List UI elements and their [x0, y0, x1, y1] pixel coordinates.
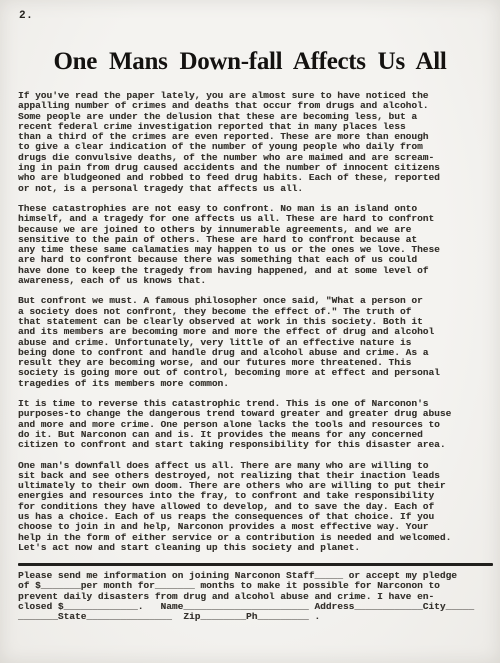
pledge-form-text: Please send me information on joining Na…	[18, 571, 494, 622]
paragraph-4: It is time to reverse this catastrophic …	[18, 399, 494, 450]
divider-line	[18, 563, 493, 566]
document-page: 2. One Mans Down-fall Affects Us All If …	[0, 0, 500, 663]
document-title: One Mans Down-fall Affects Us All	[0, 48, 500, 76]
paragraph-3: But confront we must. A famous philosoph…	[18, 296, 494, 389]
page-number: 2.	[19, 10, 33, 22]
document-body: If you've read the paper lately, you are…	[18, 91, 494, 633]
paragraph-5: One man's downfall does affect us all. T…	[18, 461, 494, 554]
paragraph-1: If you've read the paper lately, you are…	[18, 91, 494, 194]
paragraph-2: These catastrophies are not easy to conf…	[18, 204, 494, 286]
